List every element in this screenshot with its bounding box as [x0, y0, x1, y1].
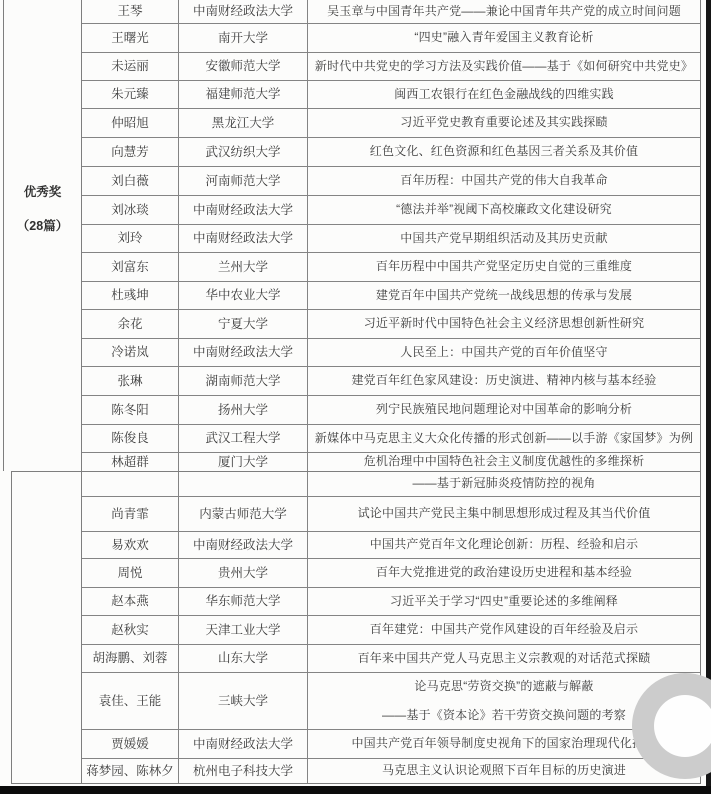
paper-title-cell: 百年建党：中国共产党作风建设的百年经验及启示: [308, 616, 700, 644]
author-name-cell: 赵秋实: [82, 616, 179, 644]
table-row: 陈俊良 武汉工程大学 新媒体中马克思主义大众化传播的形式创新——以手游《家国梦》…: [82, 424, 700, 452]
table-row: 尚青霏 内蒙古师范大学 试论中国共产党民主集中制思想形成过程及其当代价值: [82, 496, 700, 531]
paper-title-line1: 红色文化、红色资源和红色基因三者关系及其价值: [370, 145, 638, 159]
university-cell: 贵州大学: [179, 559, 308, 587]
author-name-cell: 杜彧坤: [82, 282, 179, 309]
award-category-count: （28篇）: [17, 216, 68, 234]
author-name-cell: 胡海鹏、刘蓉: [82, 645, 179, 672]
author-name-cell: 刘富东: [82, 253, 179, 281]
screen-edge-right: [706, 0, 711, 794]
university-cell: 武汉纺织大学: [179, 138, 308, 166]
author-name-cell: 王琴: [82, 0, 179, 23]
author-name-cell: [82, 472, 179, 496]
table-rows-upper: 王琴 中南财经政法大学 吴玉章与中国青年共产党——兼论中国青年共产党的成立时间问…: [82, 0, 700, 471]
paper-title-cell: 习近平新时代中国特色社会主义经济思想创新性研究: [308, 310, 700, 338]
screen-edge-bottom: [0, 786, 711, 794]
table-row: 未运丽 安徽师范大学 新时代中共党史的学习方法及实践价值——基于《如何研究中共党…: [82, 52, 700, 80]
author-name-cell: 刘白薇: [82, 167, 179, 195]
university-cell: 杭州电子科技大学: [179, 759, 308, 783]
university-cell: 山东大学: [179, 645, 308, 672]
university-cell: 扬州大学: [179, 396, 308, 424]
award-category-label: 优秀奖: [24, 182, 62, 200]
table-row: 向慧芳 武汉纺织大学 红色文化、红色资源和红色基因三者关系及其价值: [82, 137, 700, 166]
paper-title-line1: 习近平关于学习“四史”重要论述的多维阐释: [390, 595, 618, 609]
author-name-cell: 刘玲: [82, 225, 179, 252]
paper-title-line2: ——基于《资本论》若干劳资交换问题的考察: [382, 709, 626, 723]
table-row: 余花 宁夏大学 习近平新时代中国特色社会主义经济思想创新性研究: [82, 309, 700, 338]
paper-title-line1: “四史”融入青年爱国主义教育论析: [414, 31, 593, 45]
paper-title-line1: 百年大党推进党的政治建设历史进程和基本经验: [376, 566, 632, 580]
university-cell: 中南财经政法大学: [179, 532, 308, 558]
author-name-cell: 林超群: [82, 453, 179, 471]
paper-title-cell: 试论中国共产党民主集中制思想形成过程及其当代价值: [308, 497, 700, 531]
university-cell: 中南财经政法大学: [179, 196, 308, 224]
author-name-cell: 陈俊良: [82, 425, 179, 452]
author-name-cell: 尚青霏: [82, 497, 179, 531]
university-cell: 中南财经政法大学: [179, 339, 308, 366]
university-cell: 武汉工程大学: [179, 425, 308, 452]
paper-title-line1: 中国共产党早期组织活动及其历史贡献: [400, 232, 607, 246]
university-cell: 湖南师范大学: [179, 367, 308, 395]
paper-title-line1: 吴玉章与中国青年共产党——兼论中国青年共产党的成立时间问题: [327, 5, 681, 19]
table-row: 刘富东 兰州大学 百年历程中中国共产党坚定历史自觉的三重维度: [82, 252, 700, 281]
table-row: 刘玲 中南财经政法大学 中国共产党早期组织活动及其历史贡献: [82, 224, 700, 252]
paper-title-cell: 习近平关于学习“四史”重要论述的多维阐释: [308, 588, 700, 615]
author-name-cell: 周悦: [82, 559, 179, 587]
paper-title-cell: 中国共产党百年文化理论创新：历程、经验和启示: [308, 532, 700, 558]
author-name-cell: 张琳: [82, 367, 179, 395]
university-cell: 中南财经政法大学: [179, 730, 308, 758]
university-cell: 华中农业大学: [179, 282, 308, 309]
paper-title-cell: 百年历程：中国共产党的伟大自我革命: [308, 167, 700, 195]
author-name-cell: 仲昭旭: [82, 109, 179, 137]
university-cell: 安徽师范大学: [179, 53, 308, 80]
table-row: ——基于新冠肺炎疫情防控的视角: [82, 472, 700, 496]
university-cell: 内蒙古师范大学: [179, 497, 308, 531]
university-cell: 天津工业大学: [179, 616, 308, 644]
paper-title-line1: 新媒体中马克思主义大众化传播的形式创新——以手游《家国梦》为例: [315, 432, 693, 446]
table-row: 冷诺岚 中南财经政法大学 人民至上：中国共产党的百年价值坚守: [82, 338, 700, 366]
author-name-cell: 向慧芳: [82, 138, 179, 166]
university-cell: 河南师范大学: [179, 167, 308, 195]
university-cell: 中南财经政法大学: [179, 225, 308, 252]
table-row: 仲昭旭 黑龙江大学 习近平党史教育重要论述及其实践探赜: [82, 108, 700, 137]
paper-title-cell: 红色文化、红色资源和红色基因三者关系及其价值: [308, 138, 700, 166]
paper-title-line1: 人民至上：中国共产党的百年价值坚守: [400, 346, 607, 360]
paper-title-line1: 论马克思“劳资交换”的遮蔽与解蔽: [414, 680, 593, 694]
table-row: 赵秋实 天津工业大学 百年建党：中国共产党作风建设的百年经验及启示: [82, 615, 700, 644]
paper-title-line1: 危机治理中中国特色社会主义制度优越性的多维探析: [364, 455, 645, 469]
university-cell: [179, 472, 308, 496]
author-name-cell: 蒋梦园、陈林夕: [82, 759, 179, 783]
table-row: 杜彧坤 华中农业大学 建党百年中国共产党统一战线思想的传承与发展: [82, 281, 700, 309]
paper-title-line1: 百年来中国共产党人马克思主义宗教观的对话范式探赜: [358, 652, 651, 666]
paper-title-cell: 马克思主义认识论观照下百年目标的历史演进: [308, 759, 700, 783]
paper-title-cell: 危机治理中中国特色社会主义制度优越性的多维探析: [308, 453, 700, 471]
author-name-cell: 刘冰琰: [82, 196, 179, 224]
paper-title-line1: 百年历程中中国共产党坚定历史自觉的三重维度: [376, 260, 632, 274]
award-category-cell: 优秀奖 （28篇）: [4, 0, 82, 471]
award-category-cell-empty: [12, 472, 82, 783]
paper-title-cell: 吴玉章与中国青年共产党——兼论中国青年共产党的成立时间问题: [308, 0, 700, 23]
table-row: 刘冰琰 中南财经政法大学 “德法并举”视阈下高校廉政文化建设研究: [82, 195, 700, 224]
author-name-cell: 冷诺岚: [82, 339, 179, 366]
paper-title-cell: 百年来中国共产党人马克思主义宗教观的对话范式探赜: [308, 645, 700, 672]
table-row: 周悦 贵州大学 百年大党推进党的政治建设历史进程和基本经验: [82, 558, 700, 587]
paper-title-cell: 列宁民族殖民地问题理论对中国革命的影响分析: [308, 396, 700, 424]
paper-title-line1: ——基于新冠肺炎疫情防控的视角: [412, 477, 595, 491]
author-name-cell: 赵本燕: [82, 588, 179, 615]
author-name-cell: 王曙光: [82, 24, 179, 52]
paper-title-cell: ——基于新冠肺炎疫情防控的视角: [308, 472, 700, 496]
paper-title-cell: 人民至上：中国共产党的百年价值坚守: [308, 339, 700, 366]
paper-title-line1: 试论中国共产党民主集中制思想形成过程及其当代价值: [358, 507, 651, 521]
table-row: 林超群 厦门大学 危机治理中中国特色社会主义制度优越性的多维探析: [82, 452, 700, 471]
table-row: 赵本燕 华东师范大学 习近平关于学习“四史”重要论述的多维阐释: [82, 587, 700, 615]
award-table-lower-section: ——基于新冠肺炎疫情防控的视角 尚青霏 内蒙古师范大学 试论中国共产党民主集中制…: [11, 471, 701, 784]
paper-title-cell: 新时代中共党史的学习方法及实践价值——基于《如何研究中共党史》: [308, 53, 700, 80]
paper-title-line1: 列宁民族殖民地问题理论对中国革命的影响分析: [376, 403, 632, 417]
paper-title-cell: 建党百年中国共产党统一战线思想的传承与发展: [308, 282, 700, 309]
paper-title-line1: 习近平新时代中国特色社会主义经济思想创新性研究: [364, 317, 645, 331]
paper-title-cell: 新媒体中马克思主义大众化传播的形式创新——以手游《家国梦》为例: [308, 425, 700, 452]
table-row: 蒋梦园、陈林夕 杭州电子科技大学 马克思主义认识论观照下百年目标的历史演进: [82, 758, 700, 783]
paper-title-line1: 中国共产党百年领导制度史视角下的国家治理现代化探究: [351, 737, 656, 751]
table-row: 陈冬阳 扬州大学 列宁民族殖民地问题理论对中国革命的影响分析: [82, 395, 700, 424]
paper-title-line1: 建党百年中国共产党统一战线思想的传承与发展: [376, 289, 632, 303]
author-name-cell: 未运丽: [82, 53, 179, 80]
table-rows-lower: ——基于新冠肺炎疫情防控的视角 尚青霏 内蒙古师范大学 试论中国共产党民主集中制…: [82, 472, 700, 783]
paper-title-line1: 马克思主义认识论观照下百年目标的历史演进: [382, 764, 626, 778]
award-table-upper-section: 优秀奖 （28篇） 王琴 中南财经政法大学 吴玉章与中国青年共产党——兼论中国青…: [3, 0, 701, 471]
table-row: 贾媛媛 中南财经政法大学 中国共产党百年领导制度史视角下的国家治理现代化探究: [82, 729, 700, 758]
author-name-cell: 贾媛媛: [82, 730, 179, 758]
university-cell: 中南财经政法大学: [179, 0, 308, 23]
table-row: 刘白薇 河南师范大学 百年历程：中国共产党的伟大自我革命: [82, 166, 700, 195]
paper-title-line1: 闽西工农银行在红色金融战线的四维实践: [394, 88, 614, 102]
university-cell: 兰州大学: [179, 253, 308, 281]
author-name-cell: 陈冬阳: [82, 396, 179, 424]
table-row: 袁佳、王能 三峡大学 论马克思“劳资交换”的遮蔽与解蔽 ——基于《资本论》若干劳…: [82, 672, 700, 729]
university-cell: 南开大学: [179, 24, 308, 52]
university-cell: 厦门大学: [179, 453, 308, 471]
author-name-cell: 袁佳、王能: [82, 673, 179, 729]
paper-title-line1: 新时代中共党史的学习方法及实践价值——基于《如何研究中共党史》: [315, 60, 693, 74]
university-cell: 三峡大学: [179, 673, 308, 729]
paper-title-line1: 中国共产党百年文化理论创新：历程、经验和启示: [370, 538, 638, 552]
university-cell: 福建师范大学: [179, 81, 308, 108]
paper-title-cell: “德法并举”视阈下高校廉政文化建设研究: [308, 196, 700, 224]
table-row: 朱元臻 福建师范大学 闽西工农银行在红色金融战线的四维实践: [82, 80, 700, 108]
paper-title-line1: 百年建党：中国共产党作风建设的百年经验及启示: [370, 623, 638, 637]
paper-title-cell: 建党百年红色家风建设：历史演进、精神内核与基本经验: [308, 367, 700, 395]
paper-title-line1: 习近平党史教育重要论述及其实践探赜: [400, 116, 607, 130]
author-name-cell: 易欢欢: [82, 532, 179, 558]
author-name-cell: 朱元臻: [82, 81, 179, 108]
paper-title-cell: 闽西工农银行在红色金融战线的四维实践: [308, 81, 700, 108]
table-row: 易欢欢 中南财经政法大学 中国共产党百年文化理论创新：历程、经验和启示: [82, 531, 700, 558]
paper-title-cell: 百年大党推进党的政治建设历史进程和基本经验: [308, 559, 700, 587]
university-cell: 宁夏大学: [179, 310, 308, 338]
document-page: 优秀奖 （28篇） 王琴 中南财经政法大学 吴玉章与中国青年共产党——兼论中国青…: [0, 0, 711, 794]
paper-title-line1: 建党百年红色家风建设：历史演进、精神内核与基本经验: [351, 374, 656, 388]
author-name-cell: 余花: [82, 310, 179, 338]
university-cell: 黑龙江大学: [179, 109, 308, 137]
paper-title-cell: “四史”融入青年爱国主义教育论析: [308, 24, 700, 52]
university-cell: 华东师范大学: [179, 588, 308, 615]
table-row: 胡海鹏、刘蓉 山东大学 百年来中国共产党人马克思主义宗教观的对话范式探赜: [82, 644, 700, 672]
paper-title-line1: “德法并举”视阈下高校廉政文化建设研究: [396, 203, 612, 217]
paper-title-cell: 习近平党史教育重要论述及其实践探赜: [308, 109, 700, 137]
paper-title-cell: 中国共产党早期组织活动及其历史贡献: [308, 225, 700, 252]
paper-title-line1: 百年历程：中国共产党的伟大自我革命: [400, 174, 607, 188]
paper-title-cell: 百年历程中中国共产党坚定历史自觉的三重维度: [308, 253, 700, 281]
table-row: 张琳 湖南师范大学 建党百年红色家风建设：历史演进、精神内核与基本经验: [82, 366, 700, 395]
table-row: 王曙光 南开大学 “四史”融入青年爱国主义教育论析: [82, 23, 700, 52]
table-row: 王琴 中南财经政法大学 吴玉章与中国青年共产党——兼论中国青年共产党的成立时间问…: [82, 0, 700, 23]
